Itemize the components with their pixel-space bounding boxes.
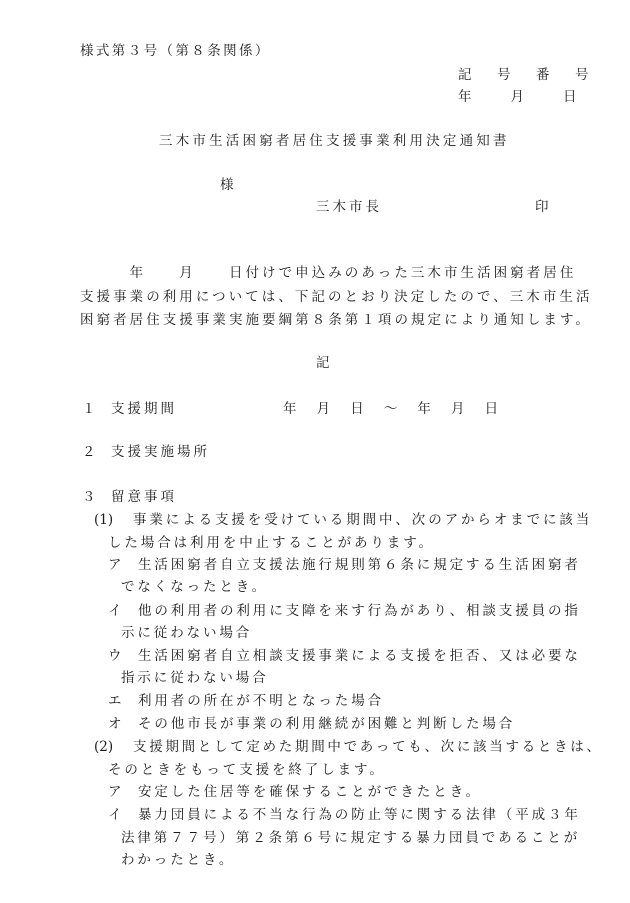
- item2-number: ２: [82, 444, 98, 460]
- addressee-suffix: 様: [220, 177, 236, 193]
- item3-number: ３: [82, 489, 98, 505]
- sender-name: 三木市長: [316, 199, 382, 215]
- entry2-i-line-2: 法律第７７号）第２条第６号に規定する暴力団員であることが: [121, 830, 580, 846]
- entry-u-line-1: 生活困窮者自立相談支援事業による支援を拒否、又は必要な: [138, 648, 581, 664]
- body-line-2: 支援事業の利用については、下記のとおり決定したので、三木市生活: [80, 289, 593, 305]
- ki-heading: 記: [316, 355, 332, 371]
- item1-number: １: [82, 401, 98, 417]
- form-label: 様式第３号（第８条関係）: [80, 43, 271, 59]
- entry-i-key: イ: [108, 603, 124, 619]
- entry-o-line-1: その他市長が事業の利用継続が困難と判断した場合: [138, 716, 515, 732]
- entry2-i-line-3: わかったとき。: [121, 852, 235, 868]
- entry-a-key: ア: [108, 557, 124, 573]
- body-line-1: 年 月 日付けで申込みのあった三木市生活困窮者居住: [80, 265, 576, 281]
- entry-i-line-2: 示に従わない場合: [121, 625, 252, 641]
- item3-label: 留意事項: [111, 489, 177, 505]
- support-period-dates: 年 月 日 ～ 年 月 日: [283, 401, 501, 417]
- sub2-line-1: 支援期間として定めた期間中であっても、次に該当するときは、: [133, 739, 603, 755]
- sub1-number: (1): [94, 512, 113, 528]
- entry-o-key: オ: [108, 716, 124, 732]
- seal-mark: 印: [535, 199, 551, 215]
- entry-e-key: エ: [108, 693, 124, 709]
- body-line-3: 困窮者居住支援事業実施要綱第８条第１項の規定により通知します。: [80, 312, 592, 328]
- reference-number: 記 号 番 号: [458, 67, 595, 83]
- sub2-number: (2): [94, 739, 113, 755]
- entry2-i-line-1: 暴力団員による不当な行為の防止等に関する法律（平成３年: [138, 807, 581, 823]
- entry2-a-key: ア: [108, 784, 124, 800]
- sub1-line-1: 事業による支援を受けている期間中、次のアからオまでに該当: [133, 512, 592, 528]
- sub2-line-2: そのときをもって支援を終了します。: [108, 762, 386, 778]
- entry2-a-line-1: 安定した住居等を確保することができたとき。: [138, 784, 482, 800]
- entry-a-line-2: でなくなったとき。: [121, 579, 268, 595]
- entry-e-line-1: 利用者の所在が不明となった場合: [138, 693, 384, 709]
- sub1-line-2: した場合は利用を中止することがあります。: [108, 535, 435, 551]
- entry-u-line-2: 指示に従わない場合: [121, 670, 269, 686]
- entry-u-key: ウ: [108, 648, 124, 664]
- document-title: 三木市生活困窮者居住支援事業利用決定通知書: [159, 133, 510, 149]
- entry2-i-key: イ: [108, 807, 124, 823]
- item1-label: 支援期間: [111, 401, 177, 417]
- item2-label: 支援実施場所: [111, 444, 210, 460]
- issue-date: 年 月 日: [458, 89, 581, 105]
- entry-a-line-1: 生活困窮者自立支援法施行規則第６条に規定する生活困窮者: [138, 557, 581, 573]
- entry-i-line-1: 他の利用者の利用に支障を来す行為があり、相談支援員の指: [138, 603, 581, 619]
